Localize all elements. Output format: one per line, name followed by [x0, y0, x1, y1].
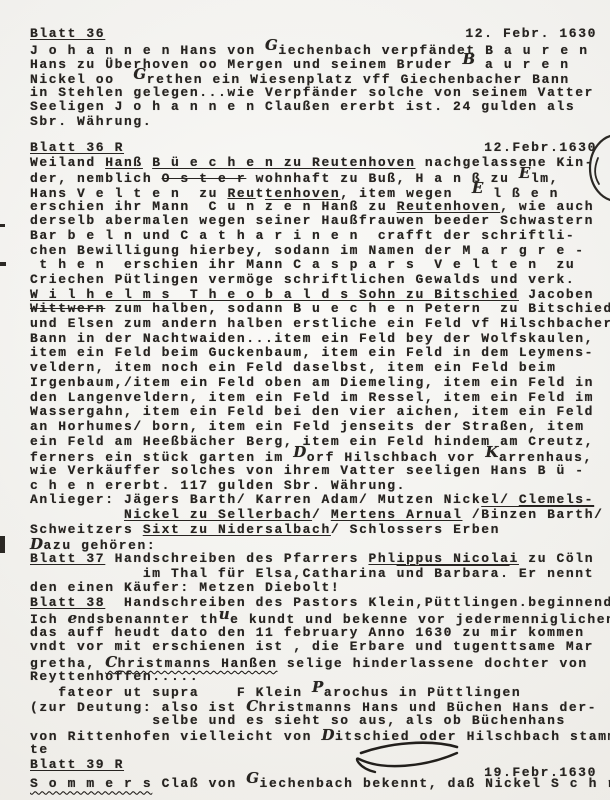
text-line: Sbr. Währung. — [30, 115, 605, 130]
text-segment: selbe und es sieht so aus, als ob Büchen… — [30, 713, 566, 728]
heading-blatt-38: Blatt 38 Handschreiben des Pastors Klein… — [30, 596, 605, 611]
text-segment: Blatt 36 — [30, 26, 105, 41]
text-segment: Handschreiben des Pfarrers — [105, 551, 368, 566]
text-line: Nickel zu Sellerbach/ Mertens Arnual /Bi… — [30, 508, 605, 523]
text-line: Anlieger: Jägers Barth/ Karren Adam/ Mut… — [30, 493, 605, 508]
text-line: Bann in der Nachtwaiden...item ein Feld … — [30, 332, 605, 347]
text-segment: an Horhumes/ born, item ein Feld jenseit… — [30, 419, 585, 434]
text-segment: Blatt 37 — [30, 551, 105, 566]
text-line: Dazu gehören: — [30, 537, 605, 552]
text-segment: Sixt zu Nidersalbach — [143, 522, 331, 537]
text-line: in Stehlen gelegen...wie Verpfänder solc… — [30, 86, 605, 101]
text-line: chen Bewilligung hierbey, sodann im Name… — [30, 244, 605, 259]
text-line: Seeligen J o h a n n e n Claußen ererbt … — [30, 100, 605, 115]
text-segment: Blatt 36 R — [30, 140, 124, 155]
text-segment: S o m m e r s — [30, 776, 152, 791]
scan-artifact — [0, 224, 5, 227]
text-segment: / Schlossers Erben — [331, 522, 500, 537]
text-line: J o h a n n e n Hans von Giechenbach ver… — [30, 42, 605, 57]
text-line: te — [30, 743, 605, 758]
text-segment: Clemels- — [519, 492, 594, 507]
handwritten-letter: E — [472, 179, 484, 197]
document-page: Blatt 3612. Febr. 1630J o h a n n e n Ha… — [30, 27, 605, 790]
text-segment: und Elsen zum andern halben erstliche ei… — [30, 316, 610, 331]
text-segment: zum halben, sodann B u e c h e n Petern … — [105, 301, 610, 316]
text-segment: Mertens Arnual — [331, 507, 463, 522]
text-segment: Schweitzers — [30, 522, 143, 537]
text-segment: te — [30, 742, 49, 757]
text-segment: nachgelassene Kin- — [415, 155, 594, 170]
text-segment: den Langenveldern, item ein Feld im Ress… — [30, 390, 594, 405]
heading-blatt-36: Blatt 3612. Febr. 1630 — [30, 27, 605, 42]
text-segment: Wittwern — [30, 301, 105, 316]
text-line: W i l h e l m s T h e o b a l d s Sohn z… — [30, 288, 605, 303]
text-line: c h e n ererbt. 117 gulden Sbr. Währung. — [30, 479, 605, 494]
scanned-page: Blatt 3612. Febr. 1630J o h a n n e n Ha… — [0, 0, 610, 800]
text-segment: W i l h e l m s T h e o b a l d s Sohn z… — [30, 287, 519, 302]
scan-artifact — [0, 262, 6, 266]
text-segment: Nickel zu Sellerbach — [124, 507, 312, 522]
text-segment: Phlippus Nicolai — [368, 551, 518, 566]
text-segment: Blatt 39 R — [30, 757, 124, 772]
text-line: S o m m e r s Claß von Giechenbach beken… — [30, 775, 605, 790]
text-line: fateor ut supra F Klein Parochus in Pütt… — [30, 684, 605, 699]
text-segment: Jacoben — [519, 287, 594, 302]
section-blatt-36r: Blatt 36 R12.Febr.1630Weiland Hanß B ü e… — [30, 141, 605, 552]
text-line: selbe und es sieht so aus, als ob Büchen… — [30, 714, 605, 729]
text-segment: im Thal für Elsa,Catharina — [30, 566, 397, 581]
text-segment: und Barbara. — [397, 566, 510, 581]
text-line: Bar b e l n und C a t h a r i n e n craf… — [30, 229, 605, 244]
text-segment: Criechen Pütlingen vermöge schriftlichen… — [30, 272, 575, 287]
handwritten-letter: G — [133, 65, 146, 83]
text-segment: Seeligen J o h a n n e n Claußen ererbt … — [30, 99, 575, 114]
section-blatt-39r: Blatt 39 R19.Febr.1630S o m m e r s Claß… — [30, 758, 605, 790]
heading-blatt-36r: Blatt 36 R12.Febr.1630 — [30, 141, 605, 156]
text-line: Ich endsbenannter thue kundt und bekenne… — [30, 611, 605, 626]
text-segment — [143, 155, 152, 170]
text-segment: ein Feld am Heeßbächer Berg, item ein Fe… — [30, 434, 594, 449]
text-line: gretha, Christmanns Hanßen selige hinder… — [30, 655, 605, 670]
text-line: item ein Feld beim Guckenbaum, item ein … — [30, 346, 605, 361]
section-deutung-note: (zur Deutung: also ist Christmanns Hans … — [30, 699, 605, 758]
handwritten-flourish — [333, 738, 461, 778]
text-segment: Wassergahn, item ein Feld bei den vier a… — [30, 404, 594, 419]
text-line: Wittwern zum halben, sodann B u e c h e … — [30, 302, 605, 317]
text-line: Wassergahn, item ein Feld bei den vier a… — [30, 405, 605, 420]
text-line: erschien ihr Mann C u n z e n Hanß zu Re… — [30, 200, 605, 215]
text-line: wie Verkäuffer solches von ihrem Vatter … — [30, 464, 605, 479]
text-segment: Sbr. Währung. — [30, 114, 152, 129]
heading-blatt-39r: Blatt 39 R19.Febr.1630 — [30, 758, 605, 773]
text-segment: , wie auch — [500, 199, 594, 214]
text-segment: Reyttenhoffen..... — [30, 669, 199, 684]
text-line: an Horhumes/ born, item ein Feld jenseit… — [30, 420, 605, 435]
text-segment: Anlieger: Jägers Barth/ Karren Adam/ Mut… — [30, 492, 519, 507]
handwritten-letter: G — [265, 36, 278, 54]
text-segment: das auff heudt dato den 11 february Anno… — [30, 625, 585, 640]
text-line: Criechen Pütlingen vermöge schriftlichen… — [30, 273, 605, 288]
margin-circle-annotation — [584, 132, 610, 204]
text-segment: t h e n erschien ihr Mann C a s p a r s … — [30, 257, 575, 272]
heading-blatt-37: Blatt 37 Handschreiben des Pfarrers Phli… — [30, 552, 605, 567]
handwritten-letter: u — [219, 605, 230, 623]
text-line: der, nemblich O s t e r wohnhaft zu Buß,… — [30, 170, 605, 185]
text-segment: iechenbach bekennt, daß Nickel S c h r ö — [260, 776, 610, 791]
text-segment: in Stehlen gelegen...wie Verpfänder solc… — [30, 85, 594, 100]
text-line: von Rittenhofen vielleicht von Ditschied… — [30, 728, 605, 743]
handwritten-letter: G — [246, 769, 259, 787]
date-label: 12. Febr. 1630 — [465, 27, 597, 42]
text-segment: B ü e c h e n zu Reutenhoven — [152, 155, 415, 170]
text-line: ferners ein stück garten im Dorf Hilschb… — [30, 449, 605, 464]
text-line: (zur Deutung: also ist Christmanns Hans … — [30, 699, 605, 714]
text-segment: wie Verkäuffer solches von ihrem Vatter … — [30, 463, 585, 478]
text-segment: veldern, item noch ein Feld daselbst, it… — [30, 360, 556, 375]
text-segment: z e n Hanß zu — [256, 199, 397, 214]
text-line: das auff heudt dato den 11 february Anno… — [30, 626, 605, 641]
text-segment: / — [462, 507, 481, 522]
text-line: den einen Käufer: Metzen Diebolt! — [30, 581, 605, 596]
text-segment: zu Cöln — [519, 551, 594, 566]
text-segment: / — [312, 507, 331, 522]
text-line: Irgenbaum,/item ein Feld oben am Diemeli… — [30, 376, 605, 391]
text-segment: Handschreiben des Pastors Klein,Püttling… — [105, 595, 610, 610]
section-blatt-36: Blatt 3612. Febr. 1630J o h a n n e n Ha… — [30, 27, 605, 141]
text-line: Hans zu Überhoven oo Mergen und seinem B… — [30, 56, 605, 71]
text-segment: erschien ihr Mann C — [30, 199, 227, 214]
text-segment: Er nennt — [509, 566, 594, 581]
text-line: derselb abermalen wegen seiner Haußfrauw… — [30, 214, 605, 229]
handwritten-letter: E — [519, 164, 531, 182]
handwritten-letter: B — [462, 50, 475, 68]
text-line: Schweitzers Sixt zu Nidersalbach/ Schlos… — [30, 523, 605, 538]
text-segment: Reutenhoven — [397, 199, 500, 214]
text-line: t h e n erschien ihr Mann C a s p a r s … — [30, 258, 605, 273]
text-segment: / — [594, 507, 603, 522]
text-segment: c h e n ererbt. 117 gulden Sbr. Währung. — [30, 478, 406, 493]
handwritten-letter: K — [485, 443, 499, 461]
text-segment: item ein Feld beim Guckenbaum, item ein … — [30, 345, 594, 360]
text-segment: Irgenbaum,/item ein Feld oben am Diemeli… — [30, 375, 594, 390]
text-line: den Langenveldern, item ein Feld im Ress… — [30, 391, 605, 406]
text-segment: Claß von — [152, 776, 246, 791]
text-line: Nickel oo Grethen ein Wiesenplatz vff Gi… — [30, 71, 605, 86]
text-line: veldern, item noch ein Feld daselbst, it… — [30, 361, 605, 376]
section-blatt-38: Blatt 38 Handschreiben des Pastors Klein… — [30, 596, 605, 699]
text-line: Hans V e l t e n zu Reuttenhoven, item w… — [30, 185, 605, 200]
date-label: 12.Febr.1630 — [484, 141, 597, 156]
text-segment: Binzen Barth — [481, 507, 594, 522]
text-segment: Weiland — [30, 155, 105, 170]
handwritten-letter: D — [293, 443, 307, 461]
scan-artifact — [0, 536, 5, 553]
text-segment: Bann in der Nachtwaiden...item ein Feld … — [30, 331, 594, 346]
text-segment: chen Bewilligung hierbey, sodann im Name… — [30, 243, 585, 258]
text-segment: den einen Käufer: Metzen Diebolt! — [30, 580, 340, 595]
text-line: ein Feld am Heeßbächer Berg, item ein Fe… — [30, 435, 605, 450]
text-segment: Bar b e l n und C a t h a r i n e n craf… — [30, 228, 575, 243]
text-line: im Thal für Elsa,Catharina und Barbara. … — [30, 567, 605, 582]
text-segment: u n — [227, 199, 255, 214]
text-segment: Hanß — [105, 155, 143, 170]
text-line: und Elsen zum andern halben erstliche ei… — [30, 317, 605, 332]
text-segment — [30, 507, 124, 522]
handwritten-letter: P — [312, 678, 324, 696]
text-segment: derselb abermalen wegen seiner Haußfrauw… — [30, 213, 594, 228]
section-blatt-37: Blatt 37 Handschreiben des Pfarrers Phli… — [30, 552, 605, 596]
